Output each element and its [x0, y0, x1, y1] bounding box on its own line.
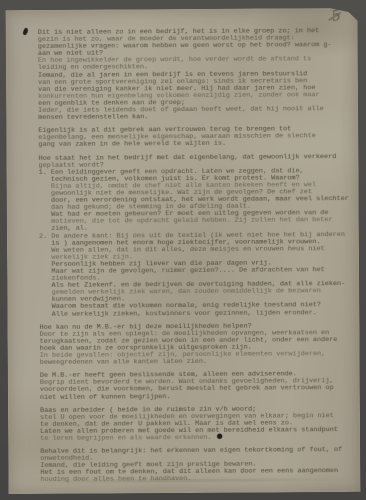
- paragraph: Eigenlijk is al dit gebrek aan vertrouwe…: [38, 126, 349, 149]
- paragraph: Baas en arbeider ( beide in de ruimste z…: [40, 406, 351, 443]
- text-line: Alle werkelijk zieken, kostwinners voor …: [39, 310, 350, 319]
- text-line: beweegredenen van alle kanten laten zien…: [40, 358, 351, 367]
- scanned-page: 5 Dit is niet alleen zo in een bedrijf, …: [6, 8, 361, 494]
- text-line: gang van zaken in de hele wereld te wijt…: [38, 140, 349, 149]
- text-line: niet willen of kunnen begrijpen.: [40, 392, 351, 401]
- typewritten-text: Dit is niet alleen zo in een bedrijf, he…: [38, 28, 352, 490]
- page-number: 5: [330, 7, 343, 25]
- ink-stroke-icon: [22, 28, 28, 35]
- text-line: mensen tevredenstellen kan.: [38, 113, 349, 122]
- paragraph: De M.B.-er heeft geen beslissende stem, …: [40, 371, 351, 401]
- paragraph: Hoe kan nu de M.B.-er bij deze moeilijkh…: [39, 323, 350, 367]
- paragraph: Hoe staat het in het bedrijf met dat eig…: [38, 153, 350, 318]
- paragraph: Dit is niet alleen zo in een bedrijf, he…: [38, 28, 350, 122]
- ink-blot-icon: [217, 434, 222, 439]
- text-line: te leren begrijpen en als waarde erkenne…: [40, 434, 351, 443]
- scan-background: 5 Dit is niet alleen zo in een bedrijf, …: [0, 0, 366, 500]
